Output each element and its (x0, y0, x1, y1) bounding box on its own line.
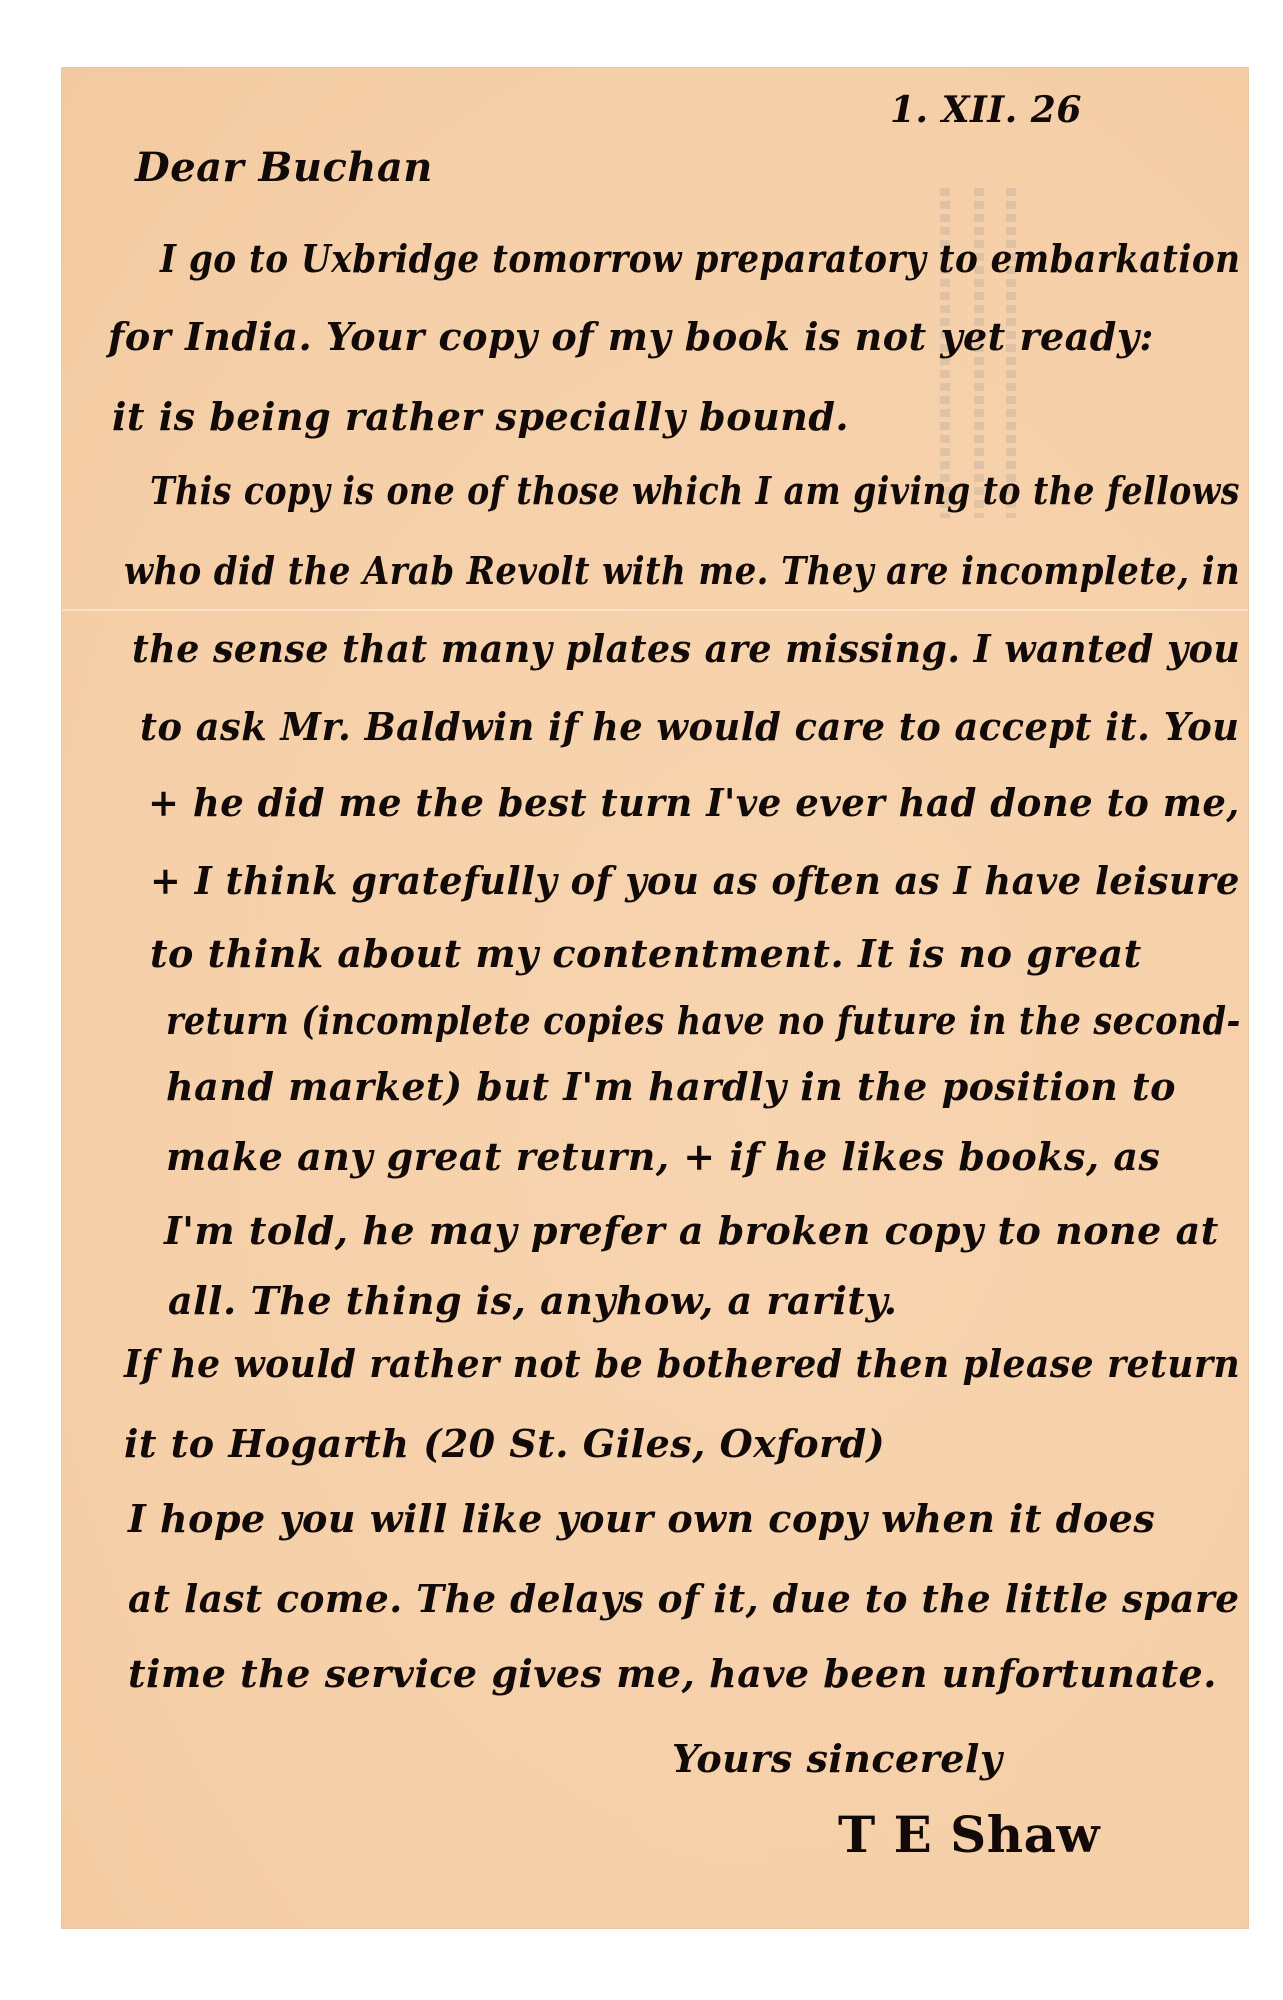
body-line: I hope you will like your own copy when … (128, 1500, 1155, 1538)
body-line: it to Hogarth (20 St. Giles, Oxford) (124, 1425, 885, 1463)
body-line: to think about my contentment. It is no … (150, 935, 1142, 973)
body-line: to ask Mr. Baldwin if he would care to a… (140, 708, 1239, 746)
letter-salutation: Dear Buchan (135, 148, 433, 188)
body-line: + he did me the best turn I've ever had … (148, 784, 1240, 822)
body-line: I go to Uxbridge tomorrow preparatory to… (160, 240, 1241, 278)
body-line: for India. Your copy of my book is not y… (108, 318, 1154, 356)
body-line: make any great return, + if he likes boo… (166, 1138, 1160, 1176)
body-line: + I think gratefully of you as often as … (150, 862, 1240, 900)
letter-closing: Yours sincerely (672, 1740, 1002, 1778)
body-line: If he would rather not be bothered then … (124, 1345, 1240, 1383)
body-line: hand market) but I'm hardly in the posit… (166, 1068, 1176, 1106)
body-line: I'm told, he may prefer a broken copy to… (164, 1212, 1219, 1250)
body-line: all. The thing is, anyhow, a rarity. (168, 1282, 897, 1320)
paper-fold-line (62, 609, 1248, 611)
body-line: return (incomplete copies have no future… (166, 1002, 1241, 1040)
body-line: This copy is one of those which I am giv… (150, 472, 1240, 510)
letter-signature: T E Shaw (838, 1810, 1100, 1860)
body-line: time the service gives me, have been unf… (128, 1655, 1217, 1693)
body-line: the sense that many plates are missing. … (132, 630, 1240, 668)
body-line: who did the Arab Revolt with me. They ar… (124, 552, 1240, 590)
body-line: it is being rather specially bound. (112, 398, 849, 436)
body-line: at last come. The delays of it, due to t… (128, 1580, 1240, 1618)
letter-date: 1. XII. 26 (890, 92, 1082, 128)
